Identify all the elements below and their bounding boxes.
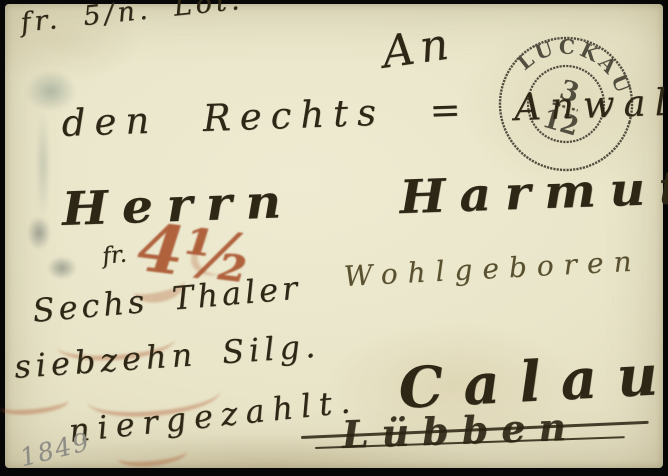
crayon-smudge [0,390,70,417]
year-pencil-note: 1849 [17,427,94,472]
rate-mark-red-crayon: 4½ [133,208,256,299]
ink-smudge [35,109,51,219]
salutation-an: An [379,18,458,79]
envelope-photo: LUCKAU 3 12 fr. 5/n. Lot. An den Rechts … [0,0,668,476]
address-line-honorific: Wohlgeboren [343,244,642,293]
crayon-smudge [116,440,188,469]
ink-smudge [47,256,77,280]
sender-note: fr. 5/n. Lot. [19,0,245,39]
envelope-paper: LUCKAU 3 12 fr. 5/n. Lot. An den Rechts … [5,4,663,468]
ink-smudge [27,216,51,250]
franco-mark: fr. [101,241,128,269]
